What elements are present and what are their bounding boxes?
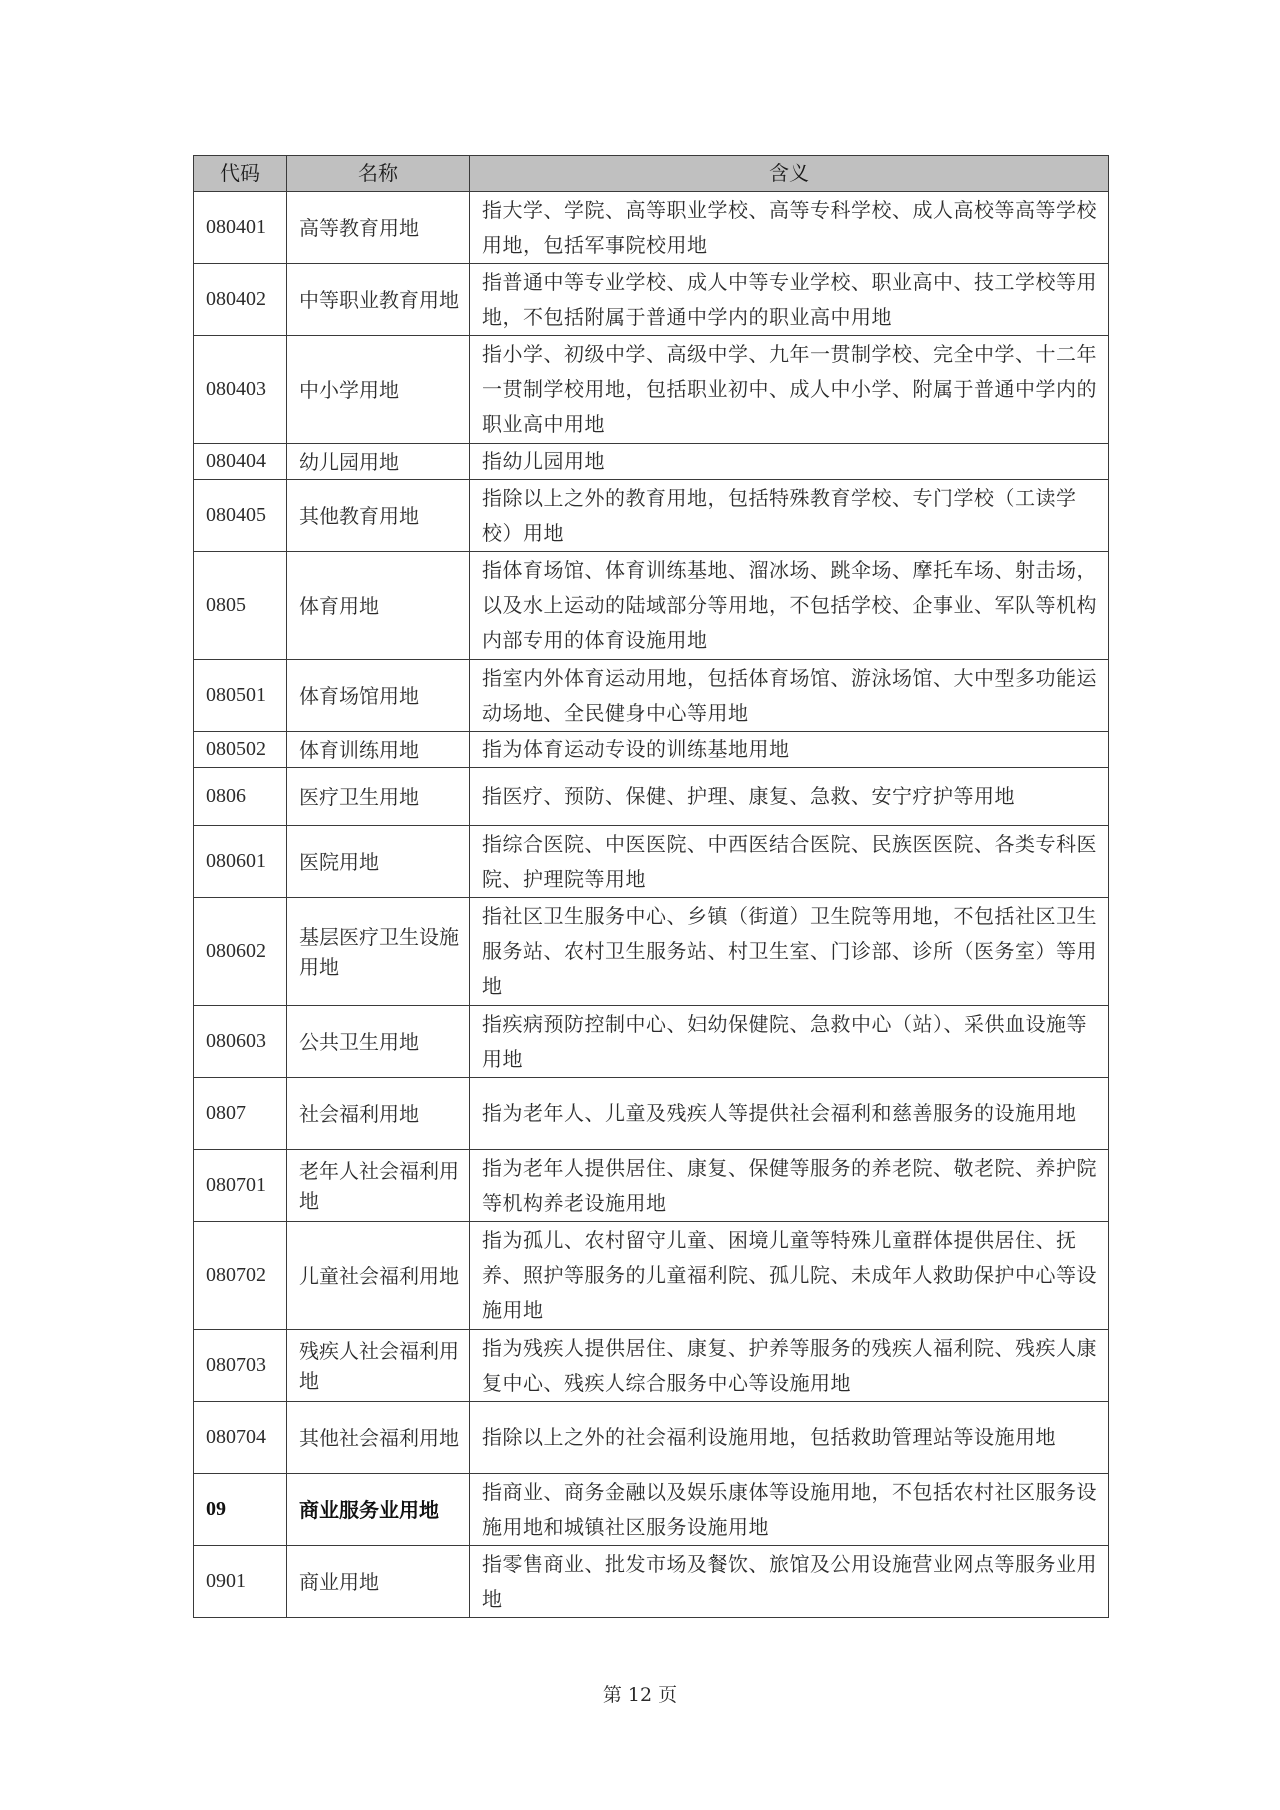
land-use-code-table: 代码 名称 含义 080401高等教育用地指大学、学院、高等职业学校、高等专科学… <box>193 155 1109 1618</box>
table-row: 080402中等职业教育用地指普通中等专业学校、成人中等专业学校、职业高中、技工… <box>194 264 1109 336</box>
table-row: 080501体育场馆用地指室内外体育运动用地，包括体育场馆、游泳场馆、大中型多功… <box>194 660 1109 732</box>
table-row: 080404幼儿园用地指幼儿园用地 <box>194 444 1109 480</box>
row-code: 080603 <box>194 1006 287 1078</box>
row-name: 社会福利用地 <box>287 1078 470 1150</box>
row-meaning: 指社区卫生服务中心、乡镇（街道）卫生院等用地，不包括社区卫生服务站、农村卫生服务… <box>470 898 1109 1006</box>
row-name: 其他教育用地 <box>287 480 470 552</box>
row-meaning: 指为体育运动专设的训练基地用地 <box>470 732 1109 768</box>
row-meaning: 指为孤儿、农村留守儿童、困境儿童等特殊儿童群体提供居住、抚养、照护等服务的儿童福… <box>470 1222 1109 1330</box>
header-name: 名称 <box>287 156 470 192</box>
row-name: 高等教育用地 <box>287 192 470 264</box>
row-code: 080501 <box>194 660 287 732</box>
row-code: 0901 <box>194 1546 287 1618</box>
row-name: 体育用地 <box>287 552 470 660</box>
row-code: 080602 <box>194 898 287 1006</box>
row-meaning: 指疾病预防控制中心、妇幼保健院、急救中心（站）、采供血设施等用地 <box>470 1006 1109 1078</box>
row-name: 幼儿园用地 <box>287 444 470 480</box>
row-name: 儿童社会福利用地 <box>287 1222 470 1330</box>
row-code: 080601 <box>194 826 287 898</box>
row-meaning: 指室内外体育运动用地，包括体育场馆、游泳场馆、大中型多功能运动场地、全民健身中心… <box>470 660 1109 732</box>
table-row: 0805体育用地指体育场馆、体育训练基地、溜冰场、跳伞场、摩托车场、射击场，以及… <box>194 552 1109 660</box>
table-row: 09商业服务业用地指商业、商务金融以及娱乐康体等设施用地，不包括农村社区服务设施… <box>194 1474 1109 1546</box>
row-code: 09 <box>194 1474 287 1546</box>
row-code: 080403 <box>194 336 287 444</box>
row-name: 体育训练用地 <box>287 732 470 768</box>
row-meaning: 指零售商业、批发市场及餐饮、旅馆及公用设施营业网点等服务业用地 <box>470 1546 1109 1618</box>
page-number: 第 12 页 <box>0 1680 1280 1707</box>
table-header-row: 代码 名称 含义 <box>194 156 1109 192</box>
table-row: 080405其他教育用地指除以上之外的教育用地，包括特殊教育学校、专门学校（工读… <box>194 480 1109 552</box>
row-code: 080704 <box>194 1402 287 1474</box>
table-row: 0806医疗卫生用地指医疗、预防、保健、护理、康复、急救、安宁疗护等用地 <box>194 768 1109 826</box>
table-row: 080601医院用地指综合医院、中医医院、中西医结合医院、民族医医院、各类专科医… <box>194 826 1109 898</box>
header-meaning: 含义 <box>470 156 1109 192</box>
table-row: 080502体育训练用地指为体育运动专设的训练基地用地 <box>194 732 1109 768</box>
table-row: 080703残疾人社会福利用地指为残疾人提供居住、康复、护养等服务的残疾人福利院… <box>194 1330 1109 1402</box>
row-meaning: 指大学、学院、高等职业学校、高等专科学校、成人高校等高等学校用地，包括军事院校用… <box>470 192 1109 264</box>
row-name: 其他社会福利用地 <box>287 1402 470 1474</box>
row-code: 080401 <box>194 192 287 264</box>
row-code: 080405 <box>194 480 287 552</box>
row-name: 中等职业教育用地 <box>287 264 470 336</box>
row-meaning: 指除以上之外的教育用地，包括特殊教育学校、专门学校（工读学校）用地 <box>470 480 1109 552</box>
table-body: 080401高等教育用地指大学、学院、高等职业学校、高等专科学校、成人高校等高等… <box>194 192 1109 1618</box>
row-code: 080404 <box>194 444 287 480</box>
table-row: 0807社会福利用地指为老年人、儿童及残疾人等提供社会福利和慈善服务的设施用地 <box>194 1078 1109 1150</box>
row-code: 080502 <box>194 732 287 768</box>
row-meaning: 指为老年人提供居住、康复、保健等服务的养老院、敬老院、养护院等机构养老设施用地 <box>470 1150 1109 1222</box>
row-name: 商业服务业用地 <box>287 1474 470 1546</box>
row-meaning: 指为残疾人提供居住、康复、护养等服务的残疾人福利院、残疾人康复中心、残疾人综合服… <box>470 1330 1109 1402</box>
row-name: 基层医疗卫生设施用地 <box>287 898 470 1006</box>
row-name: 老年人社会福利用地 <box>287 1150 470 1222</box>
row-code: 0807 <box>194 1078 287 1150</box>
row-code: 080701 <box>194 1150 287 1222</box>
row-name: 公共卫生用地 <box>287 1006 470 1078</box>
row-name: 医院用地 <box>287 826 470 898</box>
row-name: 医疗卫生用地 <box>287 768 470 826</box>
row-meaning: 指为老年人、儿童及残疾人等提供社会福利和慈善服务的设施用地 <box>470 1078 1109 1150</box>
row-meaning: 指小学、初级中学、高级中学、九年一贯制学校、完全中学、十二年一贯制学校用地，包括… <box>470 336 1109 444</box>
row-meaning: 指除以上之外的社会福利设施用地，包括救助管理站等设施用地 <box>470 1402 1109 1474</box>
row-meaning: 指幼儿园用地 <box>470 444 1109 480</box>
table-row: 0901商业用地指零售商业、批发市场及餐饮、旅馆及公用设施营业网点等服务业用地 <box>194 1546 1109 1618</box>
row-code: 080703 <box>194 1330 287 1402</box>
row-meaning: 指综合医院、中医医院、中西医结合医院、民族医医院、各类专科医院、护理院等用地 <box>470 826 1109 898</box>
row-name: 体育场馆用地 <box>287 660 470 732</box>
row-meaning: 指普通中等专业学校、成人中等专业学校、职业高中、技工学校等用地，不包括附属于普通… <box>470 264 1109 336</box>
table-row: 080701老年人社会福利用地指为老年人提供居住、康复、保健等服务的养老院、敬老… <box>194 1150 1109 1222</box>
table-row: 080702儿童社会福利用地指为孤儿、农村留守儿童、困境儿童等特殊儿童群体提供居… <box>194 1222 1109 1330</box>
table-row: 080603公共卫生用地指疾病预防控制中心、妇幼保健院、急救中心（站）、采供血设… <box>194 1006 1109 1078</box>
row-code: 0806 <box>194 768 287 826</box>
row-name: 商业用地 <box>287 1546 470 1618</box>
row-name: 残疾人社会福利用地 <box>287 1330 470 1402</box>
table-row: 080704其他社会福利用地指除以上之外的社会福利设施用地，包括救助管理站等设施… <box>194 1402 1109 1474</box>
row-meaning: 指体育场馆、体育训练基地、溜冰场、跳伞场、摩托车场、射击场，以及水上运动的陆域部… <box>470 552 1109 660</box>
row-meaning: 指医疗、预防、保健、护理、康复、急救、安宁疗护等用地 <box>470 768 1109 826</box>
row-code: 080702 <box>194 1222 287 1330</box>
row-code: 0805 <box>194 552 287 660</box>
header-code: 代码 <box>194 156 287 192</box>
table-row: 080401高等教育用地指大学、学院、高等职业学校、高等专科学校、成人高校等高等… <box>194 192 1109 264</box>
table-row: 080403中小学用地指小学、初级中学、高级中学、九年一贯制学校、完全中学、十二… <box>194 336 1109 444</box>
table-row: 080602基层医疗卫生设施用地指社区卫生服务中心、乡镇（街道）卫生院等用地，不… <box>194 898 1109 1006</box>
row-meaning: 指商业、商务金融以及娱乐康体等设施用地，不包括农村社区服务设施用地和城镇社区服务… <box>470 1474 1109 1546</box>
row-code: 080402 <box>194 264 287 336</box>
row-name: 中小学用地 <box>287 336 470 444</box>
